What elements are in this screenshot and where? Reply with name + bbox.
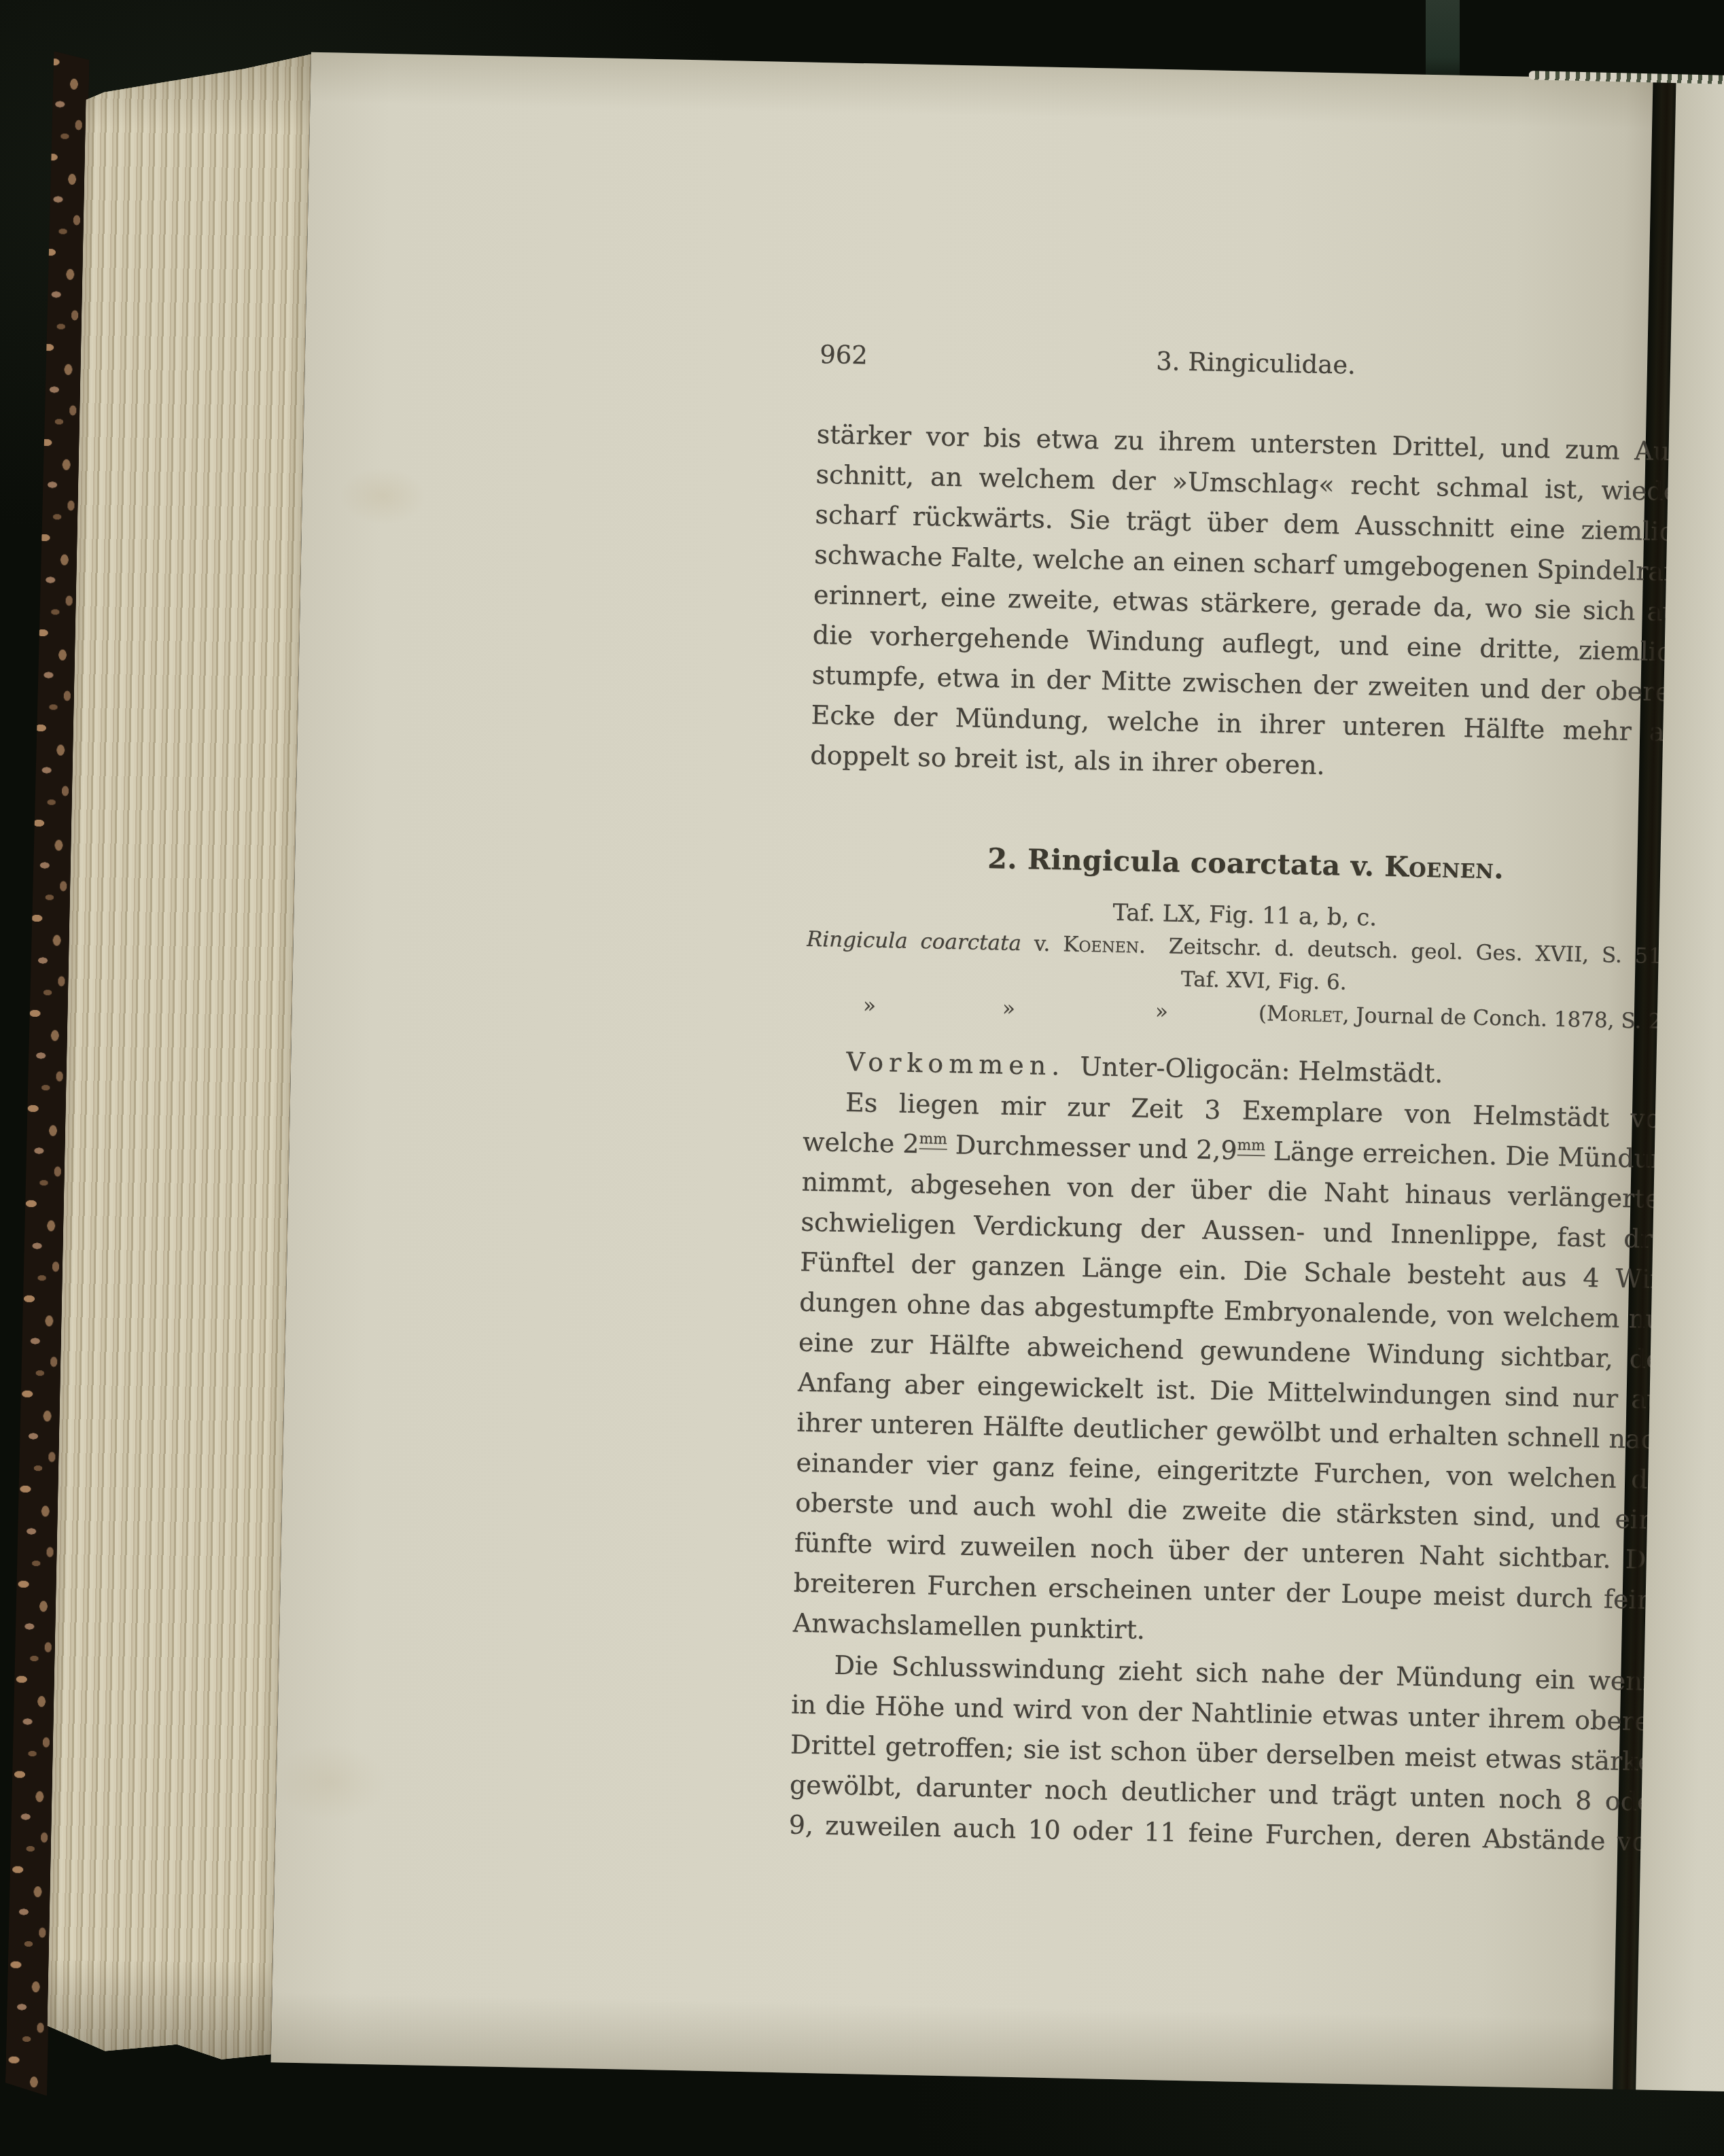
ditto-mark: » (1155, 995, 1168, 1028)
measurement-text: Durchmesser und 2,9 (947, 1130, 1237, 1166)
paragraph-2: Es liegen mir zur Zeit 3 Exemplare von H… (792, 1082, 1678, 1661)
measurement-text: welche 2 (802, 1127, 919, 1159)
open-book: 962 3. Ringiculidae. stärker vor bis etw… (41, 48, 1724, 2095)
species-heading-connector: v. (1350, 850, 1375, 883)
book-page: 962 3. Ringiculidae. stärker vor bis etw… (271, 52, 1653, 2089)
paragraph-3: Die Schlusswindung zieht sich nahe der M… (788, 1644, 1668, 1862)
ditto-mark: » (862, 989, 876, 1022)
species-heading: 2. Ringicula coarctata v. Koenen. (808, 839, 1684, 889)
measurement-text: Länge erreichen. Die Mündung (1265, 1136, 1678, 1174)
unit-superscript-mm: mm (1237, 1137, 1265, 1157)
ditto-mark: » (1002, 992, 1015, 1024)
paragraph-2-rest: nimmt, abgesehen von der über die Naht h… (792, 1162, 1677, 1661)
cover-cloth-glimpse (1426, 0, 1460, 82)
page-number: 962 (820, 340, 868, 370)
occurrence-label: Vorkommen. (846, 1047, 1066, 1081)
unit-superscript-mm: mm (919, 1130, 947, 1150)
scanned-book-photo: { "running_head": { "page_number": "962"… (0, 0, 1724, 2156)
synonymy-block: Ringicula coarctata v. Koenen.Zeitschr. … (805, 923, 1682, 1039)
synonymy-author: Koenen. (1063, 932, 1146, 958)
species-heading-number: 2. (987, 842, 1018, 875)
synonymy-connector: v. (1034, 931, 1050, 956)
running-head: 962 3. Ringiculidae. (818, 340, 1694, 393)
paragraph-1: stärker vor bis etwa zu ihrem untersten … (810, 415, 1692, 793)
synonymy-citation-author: (Morlet, (1258, 1001, 1349, 1028)
running-header-title: 3. Ringiculidae. (818, 340, 1694, 387)
page-text-block: 962 3. Ringiculidae. stärker vor bis etw… (819, 334, 1694, 352)
occurrence-text: Unter-Oligocän: Helmstädt. (1080, 1051, 1443, 1089)
species-heading-name: Ringicula coarctata (1027, 843, 1341, 882)
page-edges-stack (47, 48, 311, 2062)
synonymy-citation-rest: Journal de Conch. 1878, S. 254.) (1356, 1003, 1681, 1034)
species-heading-author: Koenen. (1384, 850, 1505, 886)
spacer (1146, 953, 1169, 954)
synonymy-species-name: Ringicula coarctata (807, 927, 1022, 956)
